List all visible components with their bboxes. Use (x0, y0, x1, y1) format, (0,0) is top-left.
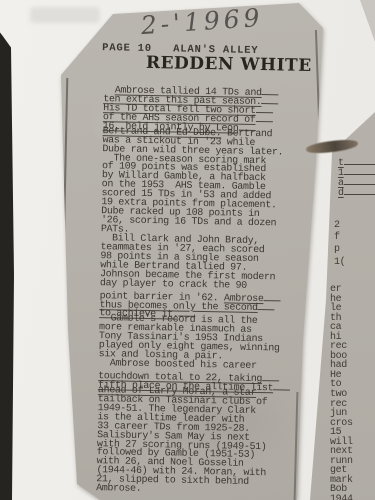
column-fragment: 1 (338, 166, 375, 176)
column-fragment: p (334, 244, 345, 256)
adjacent-column-fragments-lower: erhelethcahirecboohadHetotworecjuncros15… (330, 285, 353, 500)
scanned-clipping-photo: 2-'1969 PAGE 10 ALAN'S ALLEY REDDEN WHIT… (0, 0, 375, 500)
column-fragment: 2 (334, 220, 345, 232)
handwritten-date: 2-'1969 (140, 3, 265, 40)
article-headline: REDDEN WHITE (146, 53, 312, 76)
article-body: Ambrose tallied 14 TDs andten extras thi… (0, 81, 296, 497)
column-fragment: f (334, 232, 345, 244)
column-fragment: a (338, 176, 375, 186)
column-fragment: 1944 (330, 495, 353, 500)
column-fragment: d (338, 186, 375, 196)
column-fragment: t (338, 156, 375, 166)
column-fragment: 1( (334, 257, 345, 269)
adjacent-column-fragments-underlined: t1ad (338, 156, 375, 196)
adjacent-column-fragments-mid: 2fp1( (334, 220, 345, 269)
